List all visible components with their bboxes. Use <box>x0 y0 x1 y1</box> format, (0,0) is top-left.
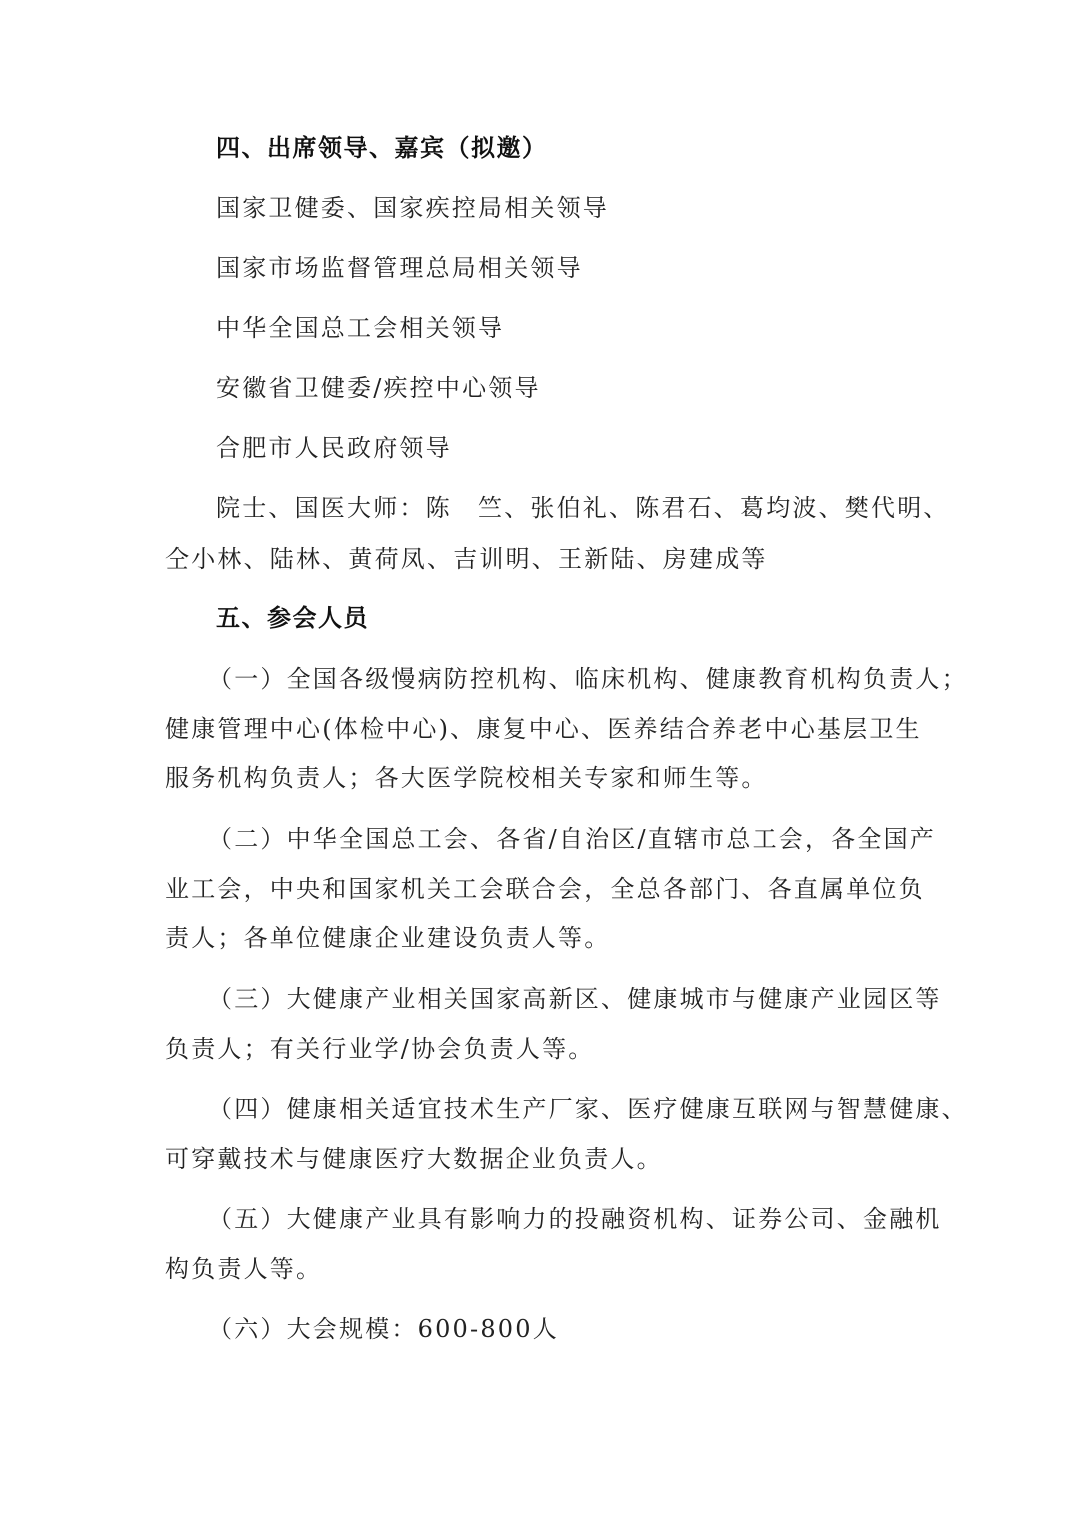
document-page: 四、出席领导、嘉宾（拟邀） 国家卫健委、国家疾控局相关领导 国家市场监督管理总局… <box>0 0 1080 1527</box>
guest-item: 国家卫健委、国家疾控局相关领导 <box>216 193 609 223</box>
paragraph-1-line: 服务机构负责人；各大医学院校相关专家和师生等。 <box>165 763 768 793</box>
paragraph-1-line: 健康管理中心(体检中心)、康复中心、医养结合养老中心基层卫生 <box>165 714 922 744</box>
experts-line-2: 仝小林、陆林、黄荷凤、吉训明、王新陆、房建成等 <box>165 544 768 574</box>
paragraph-2-line: （二）中华全国总工会、各省/自治区/直辖市总工会，各全国产 <box>208 824 936 854</box>
paragraph-2-line: 责人；各单位健康企业建设负责人等。 <box>165 923 610 953</box>
paragraph-6-line: （六）大会规模：600-800人 <box>208 1314 559 1344</box>
paragraph-2-line: 业工会，中央和国家机关工会联合会，全总各部门、各直属单位负 <box>165 874 925 904</box>
paragraph-4-line: 可穿戴技术与健康医疗大数据企业负责人。 <box>165 1144 663 1174</box>
guest-item: 合肥市人民政府领导 <box>216 433 452 463</box>
experts-line-1: 院士、国医大师：陈 竺、张伯礼、陈君石、葛均波、樊代明、 <box>216 493 950 523</box>
paragraph-4-line: （四）健康相关适宜技术生产厂家、医疗健康互联网与智慧健康、 <box>208 1094 968 1124</box>
paragraph-3-line: （三）大健康产业相关国家高新区、健康城市与健康产业园区等 <box>208 984 942 1014</box>
section-5-heading: 五、参会人员 <box>216 603 369 633</box>
paragraph-1-line: （一）全国各级慢病防控机构、临床机构、健康教育机构负责人； <box>208 664 968 694</box>
guest-item: 国家市场监督管理总局相关领导 <box>216 253 583 283</box>
guest-item: 安徽省卫健委/疾控中心领导 <box>216 373 541 403</box>
section-4-heading: 四、出席领导、嘉宾（拟邀） <box>216 133 548 163</box>
paragraph-3-line: 负责人；有关行业学/协会负责人等。 <box>165 1034 595 1064</box>
paragraph-5-line: （五）大健康产业具有影响力的投融资机构、证券公司、金融机 <box>208 1204 942 1234</box>
guest-item: 中华全国总工会相关领导 <box>216 313 504 343</box>
paragraph-5-line: 构负责人等。 <box>165 1254 322 1284</box>
